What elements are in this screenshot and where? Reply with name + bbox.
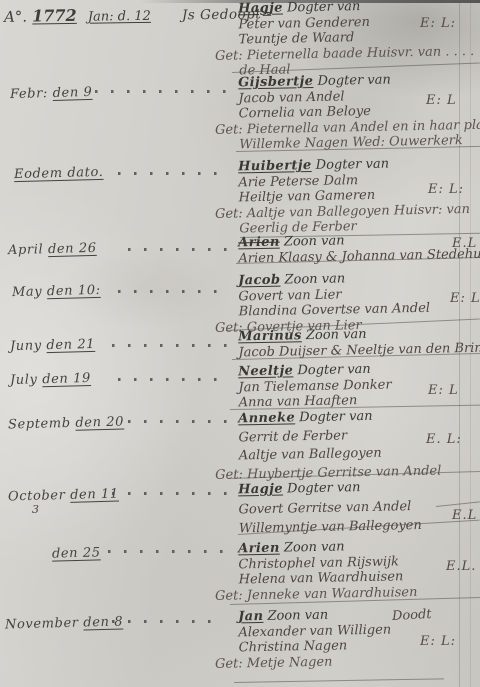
child-relation: Zoon van [284,271,345,287]
child-relation: Dogter van [317,72,391,88]
child-name: Huibertje [238,158,312,174]
child-relation: Zoon van [306,327,367,343]
date-month: April [8,242,44,258]
entry-date: July den 19 [10,371,91,388]
el-marker: E: L [428,383,459,398]
el-marker: E: L [450,291,480,306]
date-sub-number: 3 [32,503,39,516]
child-relation: Dogter van [299,409,373,425]
entry-date: Febr: den 9 [10,85,93,102]
el-marker: E.L [452,236,477,251]
baptism-entry: Hagje Dogter van Govert Gerritse van And… [208,476,480,540]
dotted-leader [112,620,224,623]
date-month: Juny [10,338,42,354]
entry-date: den 25 [52,545,101,561]
entry-date: Eodem dato. [14,165,104,182]
child-relation: Dogter van [287,0,361,15]
date-day: Eodem dato. [14,165,104,182]
el-marker: E.L. [446,559,476,574]
child-name: Hagje [238,482,283,498]
register-page: A°. 1772 Jan: d. 12 Js Gedoopt= Febr: de… [0,0,480,687]
entry-date: November den 8 [5,614,123,632]
date-month: July [10,372,38,388]
child-name: Arien [238,541,280,557]
child-relation: Dogter van [316,157,390,173]
date-day: den 26 [48,241,97,257]
child-relation: Dogter van [297,362,371,378]
el-marker: E: L: [428,182,464,197]
entry-date: April den 26 [8,241,97,258]
date-day: den 21 [46,337,95,353]
year-value: 1772 [32,6,77,26]
entry-date: October den 11 [8,487,119,505]
entry-date: Juny den 21 [10,337,95,354]
date-day: den 19 [42,371,91,387]
child-relation: Zoon van [284,539,345,555]
child-relation: Zoon van [267,608,328,624]
date-month: Febr: [10,86,48,102]
date-month: Septemb [8,416,71,433]
child-name: Neeltje [238,363,293,379]
date-day: den 25 [52,545,101,561]
child-relation: Dogter van [287,480,361,496]
el-marker: E: L: [420,634,456,649]
rule-line [234,678,444,683]
baptism-entry: Gijsbertje Dogter van Jacob van Andel Co… [208,71,480,154]
child-name: Marinus [238,328,302,344]
date-day: den 9 [52,85,92,101]
anno-mark: A°. [4,8,27,26]
header-date: Jan: d. 12 [88,9,151,25]
child-name: Hagje [238,1,283,17]
el-marker: E: L: [420,16,456,31]
el-marker: E. L: [426,432,462,447]
baptism-entry: Arien Zoon van Christophel van Rijswijk … [208,537,480,604]
el-marker: E: L [426,93,457,108]
child-name: Jacob [238,273,281,289]
date-month: November [5,616,79,633]
child-name: Jan [238,609,264,624]
child-name: Gijsbertje [238,74,314,90]
date-month: May [12,284,43,300]
date-day: den 10: [47,283,101,299]
entry-date: Septemb den 20 [8,414,124,432]
entry-date: May den 10: [12,283,101,300]
date-day: den 20 [75,414,124,430]
doodt-annotation: Doodt [392,607,432,624]
child-name: Anneke [238,410,295,426]
date-month: October [8,488,66,504]
